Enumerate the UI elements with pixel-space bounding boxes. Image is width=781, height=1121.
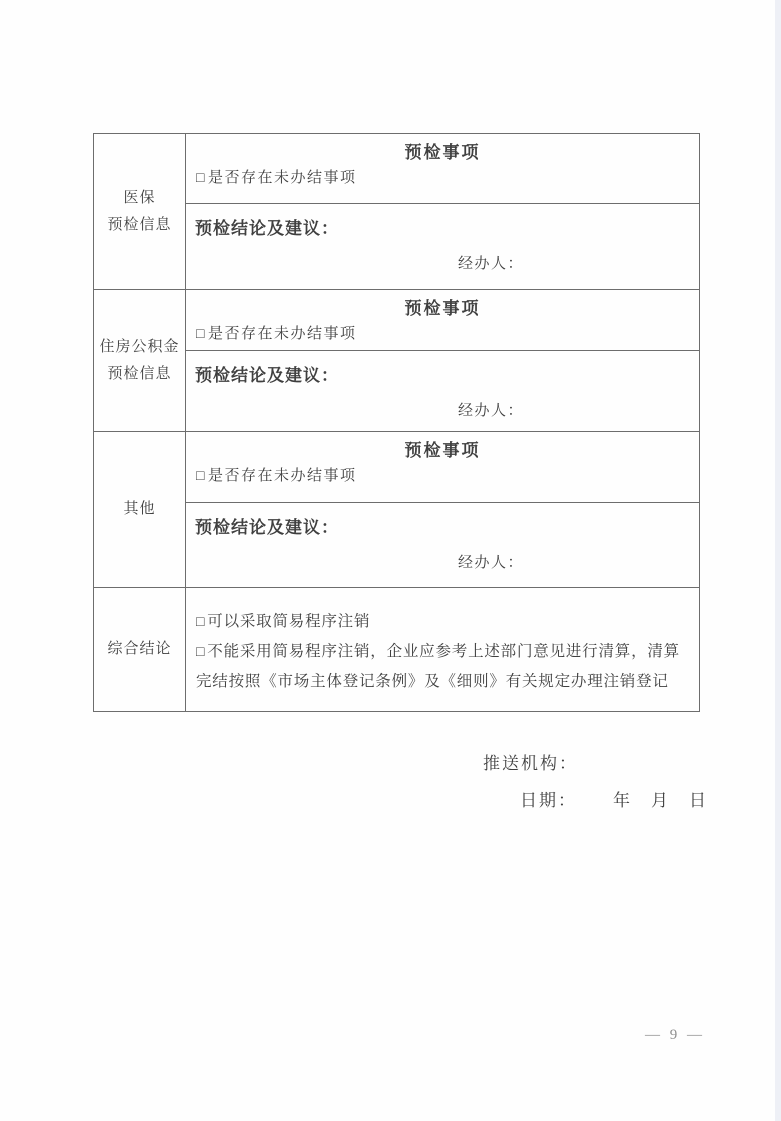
checkbox-icon: □ [196, 469, 206, 484]
section-overall-conclusion: 综合结论 □可以采取简易程序注销 □不能采用简易程序注销，企业应参考上述部门意见… [94, 588, 699, 711]
check-item: □是否存在未办结事项 [186, 322, 699, 343]
check-item: □是否存在未办结事项 [186, 464, 699, 485]
check-item-label: 是否存在未办结事项 [208, 326, 357, 342]
year-label: 年 [613, 791, 632, 810]
conclusion-label: 预检结论及建议： [186, 361, 699, 386]
option-label: 不能采用简易程序注销，企业应参考上述部门意见进行清算，清算完结按照《市场主体登记… [196, 643, 680, 690]
row-label-line: 预检信息 [107, 212, 171, 239]
row-label-other: 其他 [94, 432, 186, 587]
precheck-items-header: 预检事项 [186, 134, 699, 163]
scanned-document-page: 医保 预检信息 预检事项 □是否存在未办结事项 预检结论及建议： 经办人： 住房 [0, 0, 781, 1121]
row-label-housing-fund: 住房公积金 预检信息 [94, 290, 186, 431]
row-label-line: 其他 [123, 496, 155, 523]
check-item: □是否存在未办结事项 [186, 166, 699, 187]
checkbox-icon: □ [196, 327, 206, 342]
precheck-items-header: 预检事项 [186, 432, 699, 461]
row-label-medical-insurance: 医保 预检信息 [94, 134, 186, 289]
operator-label: 经办人： [458, 551, 699, 572]
conclusion-cell: 预检结论及建议： 经办人： [186, 204, 699, 289]
precheck-items-header: 预检事项 [186, 290, 699, 319]
row-label-line: 预检信息 [107, 361, 171, 388]
row-label-line: 医保 [123, 185, 155, 212]
conclusion-option-not-simple-deregistration: □不能采用简易程序注销，企业应参考上述部门意见进行清算，清算完结按照《市场主体登… [196, 637, 689, 696]
section-other: 其他 预检事项 □是否存在未办结事项 预检结论及建议： 经办人： [94, 432, 699, 588]
row-label-overall-conclusion: 综合结论 [94, 588, 186, 711]
operator-label: 经办人： [458, 399, 699, 420]
section-content: 预检事项 □是否存在未办结事项 预检结论及建议： 经办人： [186, 290, 699, 431]
conclusion-label: 预检结论及建议： [186, 513, 699, 538]
row-label-line: 综合结论 [107, 636, 171, 663]
option-label: 可以采取简易程序注销 [207, 613, 370, 630]
precheck-items-cell: 预检事项 □是否存在未办结事项 [186, 290, 699, 351]
pushing-agency-label: 推送机构： [483, 749, 578, 774]
row-label-line: 住房公积金 [99, 334, 179, 361]
date-line: 日期：年月日 [520, 786, 708, 811]
date-label: 日期： [520, 791, 577, 810]
section-medical-insurance: 医保 预检信息 预检事项 □是否存在未办结事项 预检结论及建议： 经办人： [94, 134, 699, 290]
section-content: □可以采取简易程序注销 □不能采用简易程序注销，企业应参考上述部门意见进行清算，… [186, 588, 699, 711]
check-item-label: 是否存在未办结事项 [208, 170, 357, 186]
operator-label: 经办人： [458, 252, 699, 273]
scan-right-edge-shadow [775, 0, 781, 1121]
check-item-label: 是否存在未办结事项 [208, 468, 357, 484]
day-label: 日 [689, 791, 708, 810]
precheck-items-cell: 预检事项 □是否存在未办结事项 [186, 134, 699, 204]
section-housing-fund: 住房公积金 预检信息 预检事项 □是否存在未办结事项 预检结论及建议： 经办人： [94, 290, 699, 432]
checkbox-icon: □ [196, 645, 205, 660]
month-label: 月 [651, 791, 670, 810]
conclusion-cell: 预检结论及建议： 经办人： [186, 351, 699, 431]
precheck-table: 医保 预检信息 预检事项 □是否存在未办结事项 预检结论及建议： 经办人： 住房 [93, 133, 700, 712]
checkbox-icon: □ [196, 615, 205, 630]
conclusion-label: 预检结论及建议： [186, 214, 699, 239]
checkbox-icon: □ [196, 171, 206, 186]
section-content: 预检事项 □是否存在未办结事项 预检结论及建议： 经办人： [186, 134, 699, 289]
conclusion-cell: 预检结论及建议： 经办人： [186, 503, 699, 587]
precheck-items-cell: 预检事项 □是否存在未办结事项 [186, 432, 699, 503]
page-number: — 9 — [645, 1027, 705, 1044]
section-content: 预检事项 □是否存在未办结事项 预检结论及建议： 经办人： [186, 432, 699, 587]
conclusion-option-simple-deregistration: □可以采取简易程序注销 [196, 607, 689, 637]
